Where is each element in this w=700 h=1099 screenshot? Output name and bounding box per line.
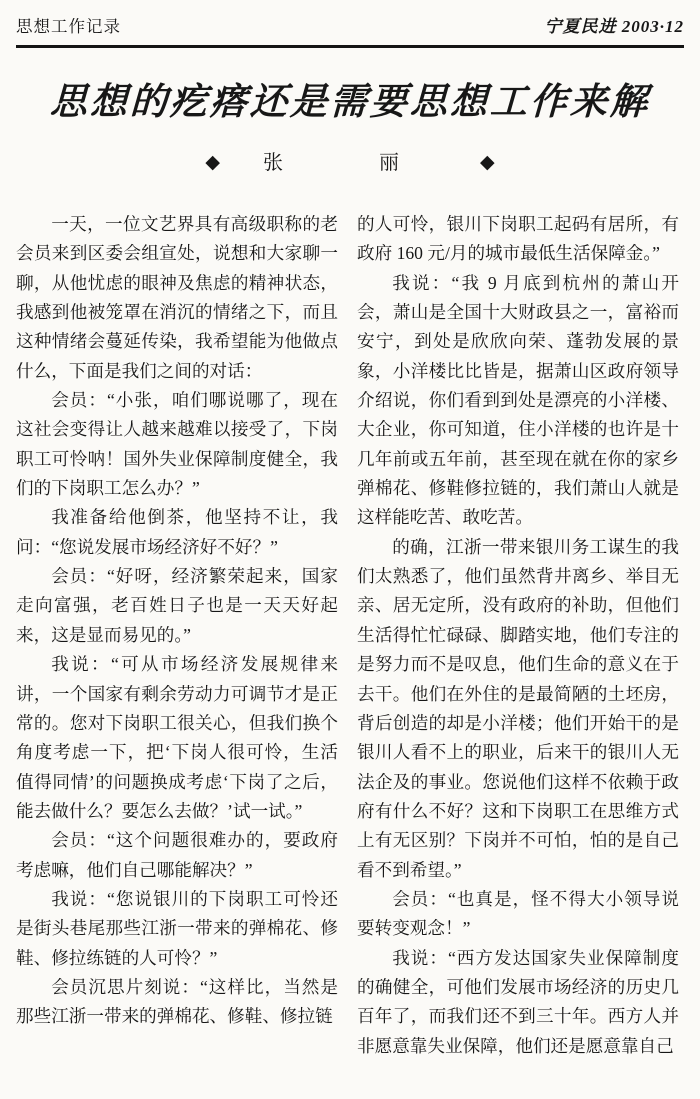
paragraph: 我说：“您说银川的下岗职工可怜还是街头巷尾那些江浙一带来的弹棉花、修鞋、修拉练链… [16, 885, 338, 973]
paragraph: 会员：“小张，咱们哪说哪了，现在这社会变得让人越来越难以接受了，下岗职工可怜呐！… [16, 386, 338, 503]
author-line: ◆ 张 丽 ◆ [16, 151, 684, 176]
page-header: 思想工作记录 宁夏民进 2003·12 [16, 12, 684, 37]
journal-issue-label: 宁夏民进 2003·12 [545, 12, 685, 37]
paragraph: 会员：“这个问题很难办的，要政府考虑嘛，他们自己哪能解决？” [16, 826, 338, 885]
article-body: 一天，一位文艺界具有高级职称的老会员来到区委会组宣处，说想和大家聊一聊，从他忧虑… [16, 210, 684, 1061]
paragraph: 一天，一位文艺界具有高级职称的老会员来到区委会组宣处，说想和大家聊一聊，从他忧虑… [16, 210, 338, 386]
journal-page: 思想工作记录 宁夏民进 2003·12 思想的疙瘩还是需要思想工作来解 ◆ 张 … [0, 0, 700, 1099]
column-right: 的人可怜，银川下岗职工起码有居所，有政府 160 元/月的城市最低生活保障金。”… [357, 210, 679, 1061]
journal-section-label: 思想工作记录 [16, 13, 121, 37]
diamond-icon: ◆ [205, 152, 220, 173]
paragraph: 的确，江浙一带来银川务工谋生的我们太熟悉了，他们虽然背井离乡、举目无亲、居无定所… [357, 533, 679, 885]
author-name: 张 丽 [263, 152, 475, 174]
paragraph: 会员：“也真是，怪不得大小领导说要转变观念！” [357, 885, 679, 944]
paragraph: 我说：“可从市场经济发展规律来讲，一个国家有剩余劳动力可调节才是正常的。您对下岗… [16, 650, 338, 826]
paragraph: 我准备给他倒茶，他坚持不让，我问：“您说发展市场经济好不好？” [16, 503, 338, 562]
column-left: 一天，一位文艺界具有高级职称的老会员来到区委会组宣处，说想和大家聊一聊，从他忧虑… [16, 210, 338, 1061]
diamond-icon: ◆ [480, 152, 495, 173]
paragraph: 会员：“好呀，经济繁荣起来，国家走向富强，老百姓日子也是一天天好起来，这是显而易… [16, 562, 338, 650]
article-title: 思想的疙瘩还是需要思想工作来解 [15, 78, 685, 126]
paragraph: 的人可怜，银川下岗职工起码有居所，有政府 160 元/月的城市最低生活保障金。” [357, 210, 679, 269]
paragraph: 我说：“我 9 月底到杭州的萧山开会，萧山是全国十大财政县之一，富裕而安宁，到处… [357, 269, 679, 533]
paragraph: 我说：“西方发达国家失业保障制度的确健全，可他们发展市场经济的历史几百年了，而我… [357, 944, 679, 1061]
paragraph: 会员沉思片刻说：“这样比，当然是那些江浙一带来的弹棉花、修鞋、修拉链 [16, 973, 338, 1032]
header-rule [16, 45, 684, 48]
